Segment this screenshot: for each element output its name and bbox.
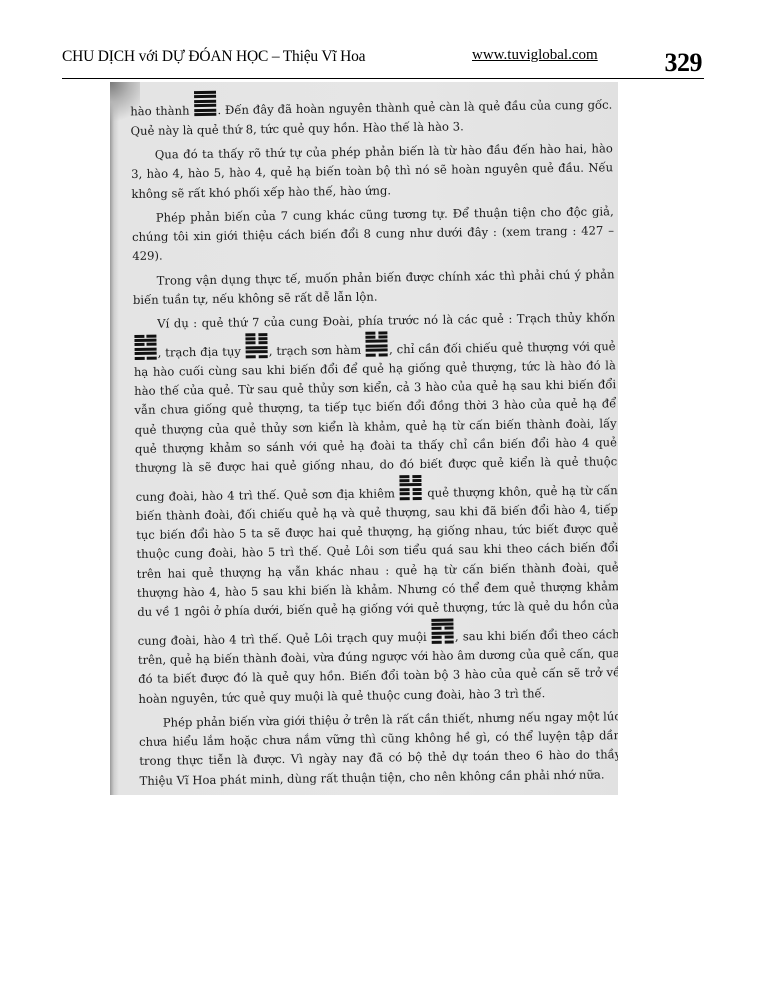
paragraph-p3: Phép phản biến của 7 cung khác cũng tươn…: [132, 202, 615, 267]
text-run: , trạch địa tụy: [158, 344, 245, 359]
hexagram-trach-son-ham-icon: [366, 331, 388, 358]
text-run: , trạch sơn hàm: [269, 342, 365, 357]
book-title: CHU DỊCH với DỰ ĐÓAN HỌC – Thiệu Vĩ Hoa: [62, 48, 365, 66]
paragraph-p2: Qua đó ta thấy rõ thứ tự của phép phản b…: [131, 139, 614, 204]
scanned-text-body: hào thành . Đến đây đã hoàn nguyên thành…: [130, 85, 618, 795]
page-header: CHU DỊCH với DỰ ĐÓAN HỌC – Thiệu Vĩ Hoa …: [62, 44, 704, 79]
text-run: Phép phản biến vừa giới thiệu ở trên là …: [139, 709, 618, 788]
page-number: 329: [665, 48, 703, 78]
paragraph-p6: Phép phản biến vừa giới thiệu ở trên là …: [139, 707, 618, 791]
text-run: hào thành: [130, 103, 193, 118]
hexagram-trach-dia-tuy-icon: [246, 333, 268, 360]
paragraph-p4: Trong vận dụng thực tế, muốn phản biến đ…: [133, 265, 615, 310]
paragraph-p1: hào thành . Đến đây đã hoàn nguyên thành…: [130, 85, 613, 141]
text-run: Trong vận dụng thực tế, muốn phản biến đ…: [133, 267, 615, 307]
text-run: , chỉ cần đối chiếu quẻ thượng với quẻ h…: [134, 339, 617, 504]
hexagram-son-dia-khiem-icon: [400, 475, 422, 502]
website-link[interactable]: www.tuviglobal.com: [472, 47, 598, 64]
scanned-page-image: hào thành . Đến đây đã hoàn nguyên thành…: [110, 82, 618, 795]
text-run: quẻ thượng khôn, quẻ hạ từ cấn biến thàn…: [136, 483, 618, 648]
hexagram-can-icon: [194, 91, 216, 118]
text-run: Ví dụ : quẻ thứ 7 của cung Đoài, phía tr…: [157, 311, 615, 331]
hexagram-loi-trach-quy-muoi-icon: [432, 618, 454, 645]
paragraph-p5: Ví dụ : quẻ thứ 7 của cung Đoài, phía tr…: [133, 309, 618, 709]
hexagram-trach-thuy-khon-icon: [134, 334, 156, 361]
text-run: Phép phản biến của 7 cung khác cũng tươn…: [132, 204, 614, 263]
text-run: Qua đó ta thấy rõ thứ tự của phép phản b…: [131, 141, 613, 200]
